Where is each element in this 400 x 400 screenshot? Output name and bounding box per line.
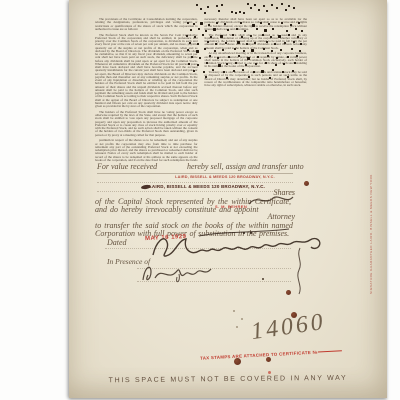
legal-text-columns: The provisions of the Certificate of Con… bbox=[95, 18, 307, 165]
for-value-received-label: For value received bbox=[97, 162, 157, 171]
legal-paragraph: At any unauthorized meeting or in the tr… bbox=[205, 52, 308, 68]
signature-guarantee-stamp: SIGNATURE GUARANTEED LAIRD, BISSELL & ME… bbox=[368, 166, 382, 294]
guarantee-stamp-line: SIGNATURE GUARANTEED bbox=[369, 245, 373, 294]
fill-in-rule bbox=[97, 173, 293, 174]
attorney-name-stamp: S. M. BEHREN bbox=[215, 204, 247, 209]
legal-paragraph: The Preferred Stock shall be known as th… bbox=[95, 34, 198, 109]
legal-paragraph: The provisions of the Certificate of Con… bbox=[95, 18, 198, 31]
legal-paragraph: The holders of the Preferred Stock shall… bbox=[95, 111, 198, 137]
legal-paragraph: The Preferred Stock shall also be prefer… bbox=[205, 34, 308, 50]
dated-label: Dated bbox=[107, 238, 127, 247]
scanned-certificate-back: The provisions of the Certificate of Con… bbox=[0, 0, 400, 400]
attorney-label: Attorney bbox=[219, 212, 295, 221]
tax-stamp-rule bbox=[318, 350, 342, 352]
signature-flourish bbox=[293, 246, 305, 298]
legal-paragraph: Treasury stock and increases of capital … bbox=[205, 71, 308, 87]
witness-signature bbox=[135, 256, 235, 288]
broker-stamp-red: LAIRD, BISSELL & MEEDS 120 BROADWAY, N.Y… bbox=[170, 175, 280, 179]
fill-in-rule bbox=[97, 182, 293, 183]
certificate-paper: The provisions of the Certificate of Con… bbox=[69, 0, 387, 398]
transfer-unto-label: hereby sell, assign and transfer unto bbox=[187, 162, 304, 171]
guarantee-stamp-line: LAIRD, BISSELL & MEEDS NEW YORK bbox=[369, 174, 373, 244]
